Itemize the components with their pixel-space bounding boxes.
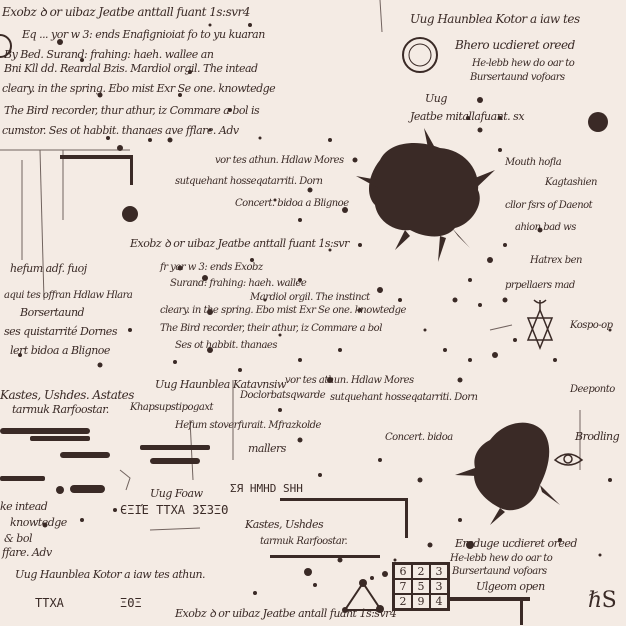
handwriting-line: lert bidoa a Blignoe bbox=[10, 344, 110, 357]
manuscript-canvas: Exobz ꝺ or uibaz Jeatbe anttall fuant 1s… bbox=[0, 0, 626, 626]
magic-cell: 3 bbox=[430, 579, 448, 594]
handwriting-line: Borsertaund bbox=[20, 306, 84, 319]
handwriting-line: Mouth hofla bbox=[505, 157, 561, 168]
handwriting-line: The Bird recorder, thur athur, iz Commar… bbox=[4, 104, 259, 117]
magic-cell: 3 bbox=[430, 564, 448, 579]
handwriting-line: By Bed. Surand: frahing: haeh. wallee an bbox=[4, 48, 213, 61]
handwriting-line: cllor fsrs of Daenot bbox=[505, 200, 592, 211]
handwriting-line: fr yor w 3: ends Exobz bbox=[160, 262, 263, 273]
handwriting-line: Hatrex ben bbox=[530, 255, 582, 266]
handwriting-line: cumstor. Ses ot habbit. thanaes ave ffla… bbox=[2, 124, 239, 137]
handwriting-line: prpellaers mad bbox=[505, 280, 575, 291]
handwriting-line: Kastes, Ushdes. Astates bbox=[0, 388, 134, 402]
handwriting-line: ahion bad ws bbox=[515, 222, 576, 233]
handwriting-line: sutquehant hosseqatarriti. Dorn bbox=[175, 176, 322, 187]
handwriting-line: tarmuk Rarfoostar. bbox=[12, 403, 109, 416]
handwriting-line: Uug Foaw bbox=[150, 487, 203, 500]
handwriting-line: vor tes athun. Hdlaw Mores bbox=[285, 375, 414, 386]
handwriting-line: Eq ... yor w 3: ends Enafignioiat fo to … bbox=[22, 28, 265, 41]
magic-cell: 2 bbox=[412, 564, 430, 579]
cipher-line: ΣЯ ΗΜΗD SΗΗ bbox=[230, 482, 303, 495]
handwriting-line: Mardiol orgil. The instinct bbox=[250, 292, 370, 303]
hexagram-symbol bbox=[528, 300, 552, 348]
handwriting-line: ke intead bbox=[0, 500, 47, 513]
handwriting-line: He-lebb hew do oar to bbox=[450, 553, 552, 564]
handwriting-line: Surand: frahing: haeh. wallee bbox=[170, 278, 306, 289]
magic-cell: 7 bbox=[394, 579, 412, 594]
handwriting-line: Exobz ꝺ or uibaz Jeatbe antall fuant 1s:… bbox=[175, 606, 396, 621]
cipher-line: ЄΞΙΈ ΤΤΧΑ ЗΣЗΞΘ bbox=[120, 503, 228, 517]
magic-cell: 9 bbox=[412, 594, 430, 609]
handwriting-line: Deeponto bbox=[570, 384, 615, 395]
eye-symbol bbox=[555, 454, 582, 465]
handwriting-line: Brodling bbox=[575, 430, 619, 443]
handwriting-line: The Bird recorder, their athur, iz Comma… bbox=[160, 323, 382, 334]
handwriting-line: Exobz ꝺ or uibaz Jeatbe anttall fuant 1s… bbox=[130, 236, 349, 251]
handwriting-line: vor tes athun. Hdlaw Mores bbox=[215, 155, 344, 166]
handwriting-line: Bni Kll dd. Reardal Bzis. Mardiol orgil.… bbox=[4, 62, 258, 75]
handwriting-line: He-lebb hew do oar to bbox=[472, 58, 574, 69]
ink-blot-small bbox=[474, 423, 549, 511]
handwriting-line: cleary. in the spring. Ebo mist Exr Se o… bbox=[160, 305, 406, 316]
handwriting-line: Doclorbatsqwarde bbox=[240, 390, 325, 401]
cipher-line: ΞΘΞ bbox=[120, 596, 142, 610]
handwriting-line: Khapsupstipogaxt bbox=[130, 402, 213, 413]
handwriting-line: Exobz ꝺ or uibaz Jeatbe anttall fuant 1s… bbox=[2, 3, 250, 20]
monogram-symbol: ℏS bbox=[588, 588, 616, 613]
handwriting-line: Uug Haunblea Kotor a iaw tes bbox=[410, 12, 580, 26]
handwriting-line: Ulgeom open bbox=[476, 580, 545, 593]
cipher-line: ΤΤΧΑ bbox=[35, 596, 64, 610]
magic-cell: 4 bbox=[430, 594, 448, 609]
handwriting-line: knowtedge bbox=[10, 516, 67, 529]
handwriting-line: cleary. in the spring. Ebo mist Exr Se o… bbox=[2, 82, 275, 95]
handwriting-line: Kagtashien bbox=[545, 177, 597, 188]
magic-cell: 5 bbox=[412, 579, 430, 594]
handwriting-line: Bhero ucdieret oreed bbox=[455, 38, 575, 52]
handwriting-line: sutquehant hosseqatarriti. Dorn bbox=[330, 392, 477, 403]
handwriting-line: Concert. bidoa bbox=[385, 432, 453, 443]
magic-cell: 2 bbox=[394, 594, 412, 609]
handwriting-line: ses quistarrité Dornes bbox=[4, 325, 117, 338]
handwriting-line: Ses ot habbit. thanaes bbox=[175, 340, 277, 351]
handwriting-line: Uug bbox=[425, 92, 447, 105]
handwriting-line: Kospo-op bbox=[570, 320, 613, 331]
handwriting-line: Concert. bidoa a Blignoe bbox=[235, 198, 349, 209]
handwriting-line: tarmuk Rarfoostar. bbox=[260, 536, 347, 547]
handwriting-line: Hefum stoverfurait. Mfrazkolde bbox=[175, 420, 321, 431]
handwriting-line: Ereduge ucdieret oreed bbox=[455, 537, 577, 550]
ink-blot-large bbox=[369, 143, 480, 236]
handwriting-line: ffare. Adv bbox=[2, 546, 52, 559]
handwriting-line: hefum adf. fuoj bbox=[10, 262, 87, 275]
handwriting-line: & bol bbox=[4, 532, 32, 545]
handwriting-line: Bursertaund vofoars bbox=[470, 72, 565, 83]
handwriting-line: Uug Haunblea Kotor a iaw tes athun. bbox=[15, 568, 205, 581]
handwriting-line: aqui tes offran Hdlaw Hlara bbox=[4, 290, 132, 301]
handwriting-line: Kastes, Ushdes bbox=[245, 518, 323, 531]
magic-cell: 6 bbox=[394, 564, 412, 579]
handwriting-line: Jeatbe mitallafuant. sx bbox=[410, 110, 524, 123]
handwriting-line: mallers bbox=[248, 442, 286, 455]
magic-square: 6 2 3 7 5 3 2 9 4 bbox=[392, 562, 450, 611]
handwriting-line: Bursertaund vofoars bbox=[452, 566, 547, 577]
